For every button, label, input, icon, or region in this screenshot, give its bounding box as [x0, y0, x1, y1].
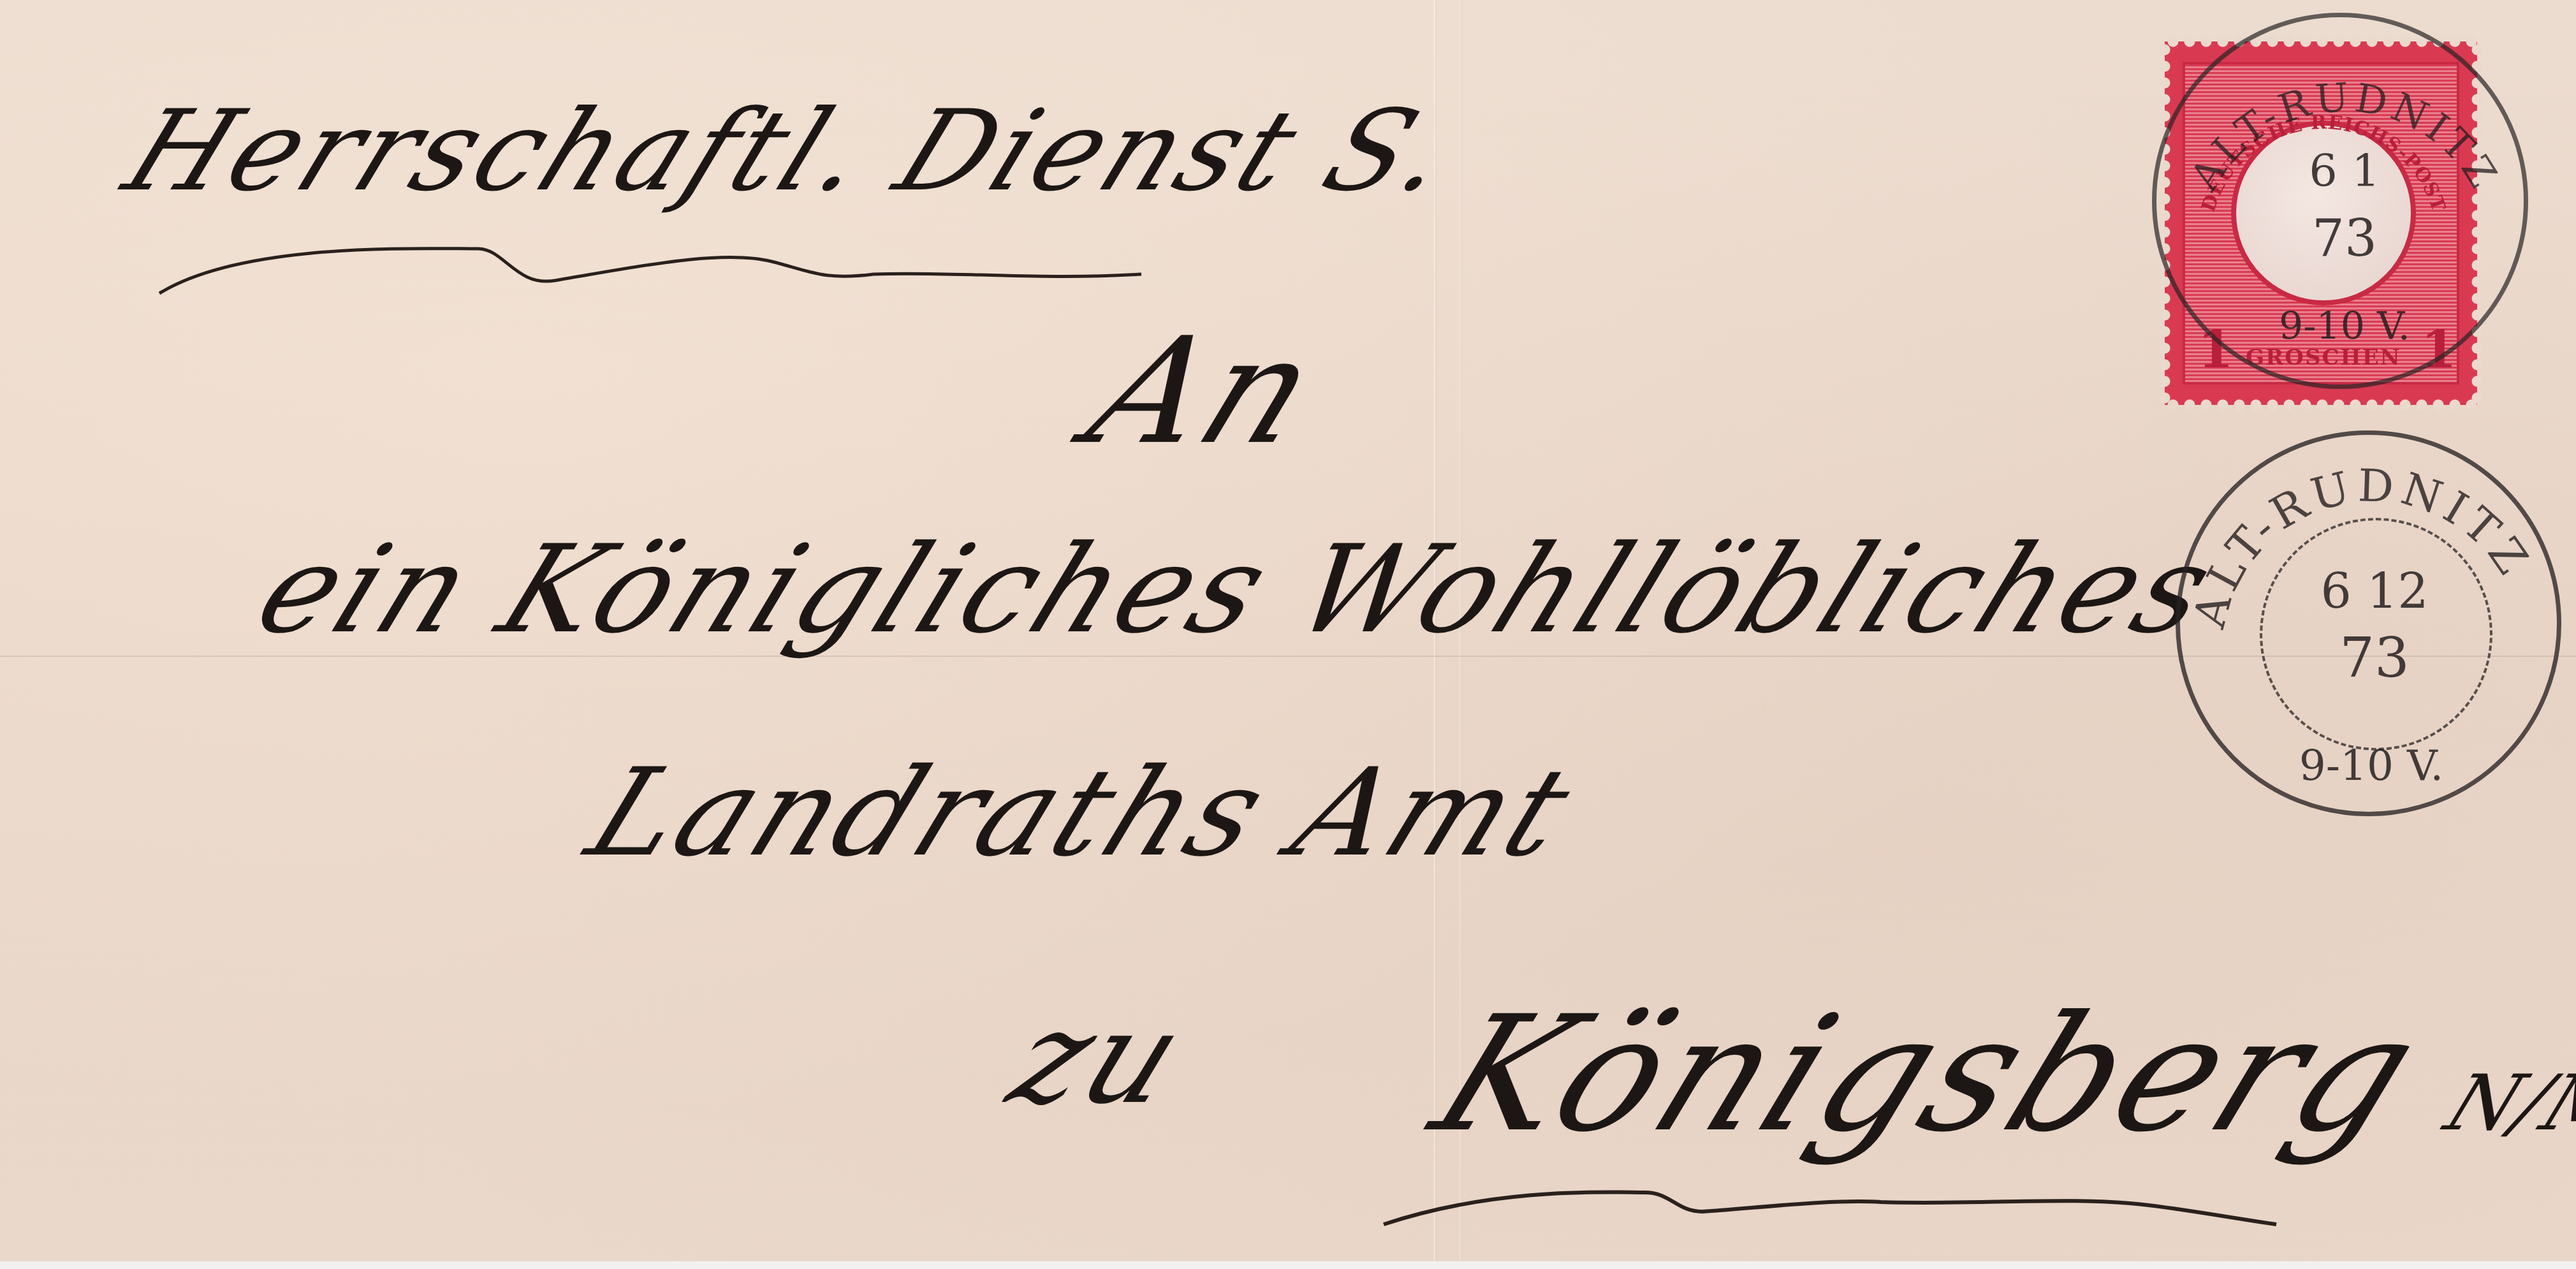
postmark-receiving-2: ALT-RUDNITZ 6 12 73 9-10 V.: [2176, 430, 2561, 816]
address-office: Landraths Amt: [570, 742, 1593, 883]
postmark-year-2: 73: [2295, 626, 2454, 690]
postal-cover: Herrschaftl. Dienst S. An ein Königliche…: [0, 0, 2576, 1261]
header-note: Herrschaftl. Dienst S.: [112, 96, 1470, 207]
address-line-3: Landraths Amt: [574, 752, 1590, 874]
stamp-perforation: [2165, 399, 2477, 411]
address-city-name: Königsberg: [1410, 981, 2447, 1167]
address-salutation: An: [1067, 307, 1343, 477]
address-region-abbrev: N/M: [2434, 1059, 2576, 1148]
postmark-date-1: 6 1: [2265, 145, 2424, 197]
postmark-time-2: 9-10 V.: [2276, 741, 2467, 790]
address-line-2: ein Königliches Wohllöbliches: [242, 529, 2232, 650]
address-preposition: zu: [991, 984, 1208, 1133]
postmark-time-1: 9-10 V.: [2252, 304, 2437, 349]
scan-border: [0, 1261, 2576, 1269]
address-recipient-title: ein Königliches Wohllöbliches: [238, 519, 2236, 660]
postmark-cancellation-1: ALT-RUDNITZ 6 1 73 9-10 V.: [2152, 13, 2528, 389]
address-city: Königsberg N/M: [1416, 995, 2576, 1154]
postmark-year-1: 73: [2265, 209, 2424, 268]
address-line-1: An: [1071, 319, 1338, 466]
address-line-4: zu: [995, 995, 1203, 1122]
header-underline-flourish: [147, 236, 1167, 332]
city-underline-flourish: [1371, 1167, 2327, 1243]
header-note-text: Herrschaftl. Dienst S.: [108, 87, 1474, 216]
postmark-date-2: 6 12: [2295, 562, 2454, 619]
